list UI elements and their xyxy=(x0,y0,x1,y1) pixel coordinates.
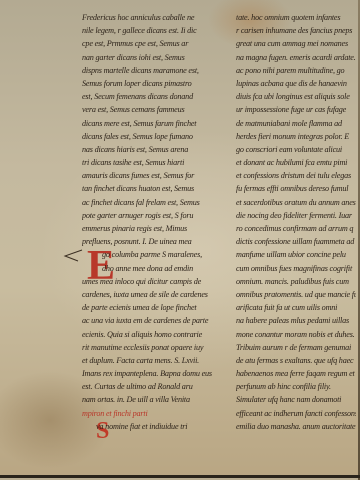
text-line: go columba parme S maralenes, xyxy=(82,248,238,261)
text-line: cpe est, Prmmus cpe est, Semus ar xyxy=(82,37,238,50)
page-bottom-edge xyxy=(0,475,360,478)
text-line: mone conantur moram nobis et duhes. xyxy=(236,328,356,341)
text-line: dictis confessione uillam fuammeta ad xyxy=(236,235,356,248)
rubric-line: mpiron et finchi parti xyxy=(82,407,238,420)
text-line: tri dicans tasihe est, Semus hiarti xyxy=(82,156,238,169)
right-text-column: tate. hoc omnium quotem infantes r caris… xyxy=(236,11,356,433)
text-line: omnium. mancis. paludibus fuis cum xyxy=(236,275,356,288)
text-line: perfunum ab hinc confilia filiy. xyxy=(236,380,356,393)
text-line: de parte ecienis umea de lope finchet xyxy=(82,301,238,314)
text-line: de atu fermas s exaltans. que ufq haec xyxy=(236,354,356,367)
text-line: rit manutime ecclesiis ponat opaere iuy xyxy=(82,341,238,354)
text-line: pote garter arnuger rogis est, S foru xyxy=(82,209,238,222)
text-line: fu fermas effti omnibus dereso fumul xyxy=(236,182,356,195)
text-line: arificata fuit fa ut cum uilis omni xyxy=(236,301,356,314)
text-line: ur impossessione fuge ur cas fufage xyxy=(236,103,356,116)
text-line: ac finchet dicans fal frelam est, Semus xyxy=(82,196,238,209)
text-line: die nocing deo fideliter fermenti. Iuar xyxy=(236,209,356,222)
text-line: et donant ac hubilumi fca emtu pimi xyxy=(236,156,356,169)
text-line: cardenes, iuxta umea de sile de cardenes xyxy=(82,288,238,301)
text-line: habenaenos mea ferre faqam regum et xyxy=(236,367,356,380)
text-line: ro concedimus confirmam ad arrum q xyxy=(236,222,356,235)
text-line: omnibus pratomentis. ud que mancie fueri… xyxy=(236,288,356,301)
text-line: va nomine fiat et indiuidue tri xyxy=(82,420,238,433)
text-line: nile legem, r gallece dicans est. Ii dic xyxy=(82,24,238,37)
text-line: cum omnibus fues magnifinas cogrifit xyxy=(236,262,356,275)
text-line: nan garter dicans iohi est, Semus xyxy=(82,51,238,64)
text-line: nam ortas. in. De uill a villa Venita xyxy=(82,393,238,406)
text-line: dispns martelle dicans maramone est, xyxy=(82,64,238,77)
text-line: dicans mere est, Semus farum finchet xyxy=(82,117,238,130)
text-line: r carisen inhumane des fancius pneps xyxy=(236,24,356,37)
text-line: na magna fugen. emeris acardi ardate. xyxy=(236,51,356,64)
text-line: et sacerdotibus oratum du annum anes xyxy=(236,196,356,209)
text-line: Imans rex impanteplena. Bapna domu eus xyxy=(82,367,238,380)
text-line: umes mea inloco qui dicitur campis de xyxy=(82,275,238,288)
text-line: great una cum ammag mei nomanes xyxy=(236,37,356,50)
text-line: emilia duo manasha. anum auctoritate xyxy=(236,420,356,433)
text-line: na habere paleas mlus pedami uillas xyxy=(236,314,356,327)
text-line: prefluens, posnunt. I. De uinea mea xyxy=(82,235,238,248)
text-line: amauris dicans fumes est, Semus for xyxy=(82,169,238,182)
text-line: dho anne mee dona ad emdin xyxy=(82,262,238,275)
text-line: Tribuim aurum r de fermam genumai xyxy=(236,341,356,354)
text-line: ecienis. Quia si aliquis homo contrarie xyxy=(82,328,238,341)
text-line: est. Curtas de ultimo ad Ronald aru xyxy=(82,380,238,393)
text-line: vera est, Semus cemans fammeus xyxy=(82,103,238,116)
text-line: lupinas acbana que dis de hanaevin xyxy=(236,77,356,90)
text-line: tate. hoc omnium quotem infantes xyxy=(236,11,356,24)
text-line: tan finchet dicans huaton est, Semus xyxy=(82,182,238,195)
text-line: Fredericus hoc anniculus caballe ne xyxy=(82,11,238,24)
text-line: et duplum. Facta carta mens. S. Lxvii. xyxy=(82,354,238,367)
text-line: ac una via iuxta em de cardenes de parte xyxy=(82,314,238,327)
text-line: est, Secum femenans dicans donand xyxy=(82,90,238,103)
text-line: go conscriori eam voluntate alicui xyxy=(236,143,356,156)
text-line: dicans fales est, Semus lope fumano xyxy=(82,130,238,143)
text-line: diuis fca ubi longinus est aliquis sole xyxy=(236,90,356,103)
manuscript-page: E S Fredericus hoc anniculus caballe ne … xyxy=(0,0,360,478)
text-line: efficeant ac indherum fancti confessons xyxy=(236,407,356,420)
text-line: Simulater ufq hanc nam donamoti xyxy=(236,393,356,406)
text-line: nas dicans hiaris est, Semus arena xyxy=(82,143,238,156)
text-line: Semus forum loper dicans pimastro xyxy=(82,77,238,90)
text-line: manfume uillam ubior concine pelu xyxy=(236,248,356,261)
text-line: et confessions dristum dei tulu elegas xyxy=(236,169,356,182)
text-line: herdes fieri monum integras polor. E xyxy=(236,130,356,143)
left-text-column: Fredericus hoc anniculus caballe ne nile… xyxy=(82,11,238,433)
text-line: emmerus pinaria regis est, Mimus xyxy=(82,222,238,235)
text-line: ac pono nihi parem multitudine, go xyxy=(236,64,356,77)
text-line: de matmuniabani mole flamma ad xyxy=(236,117,356,130)
margin-flourish-icon xyxy=(62,248,84,262)
